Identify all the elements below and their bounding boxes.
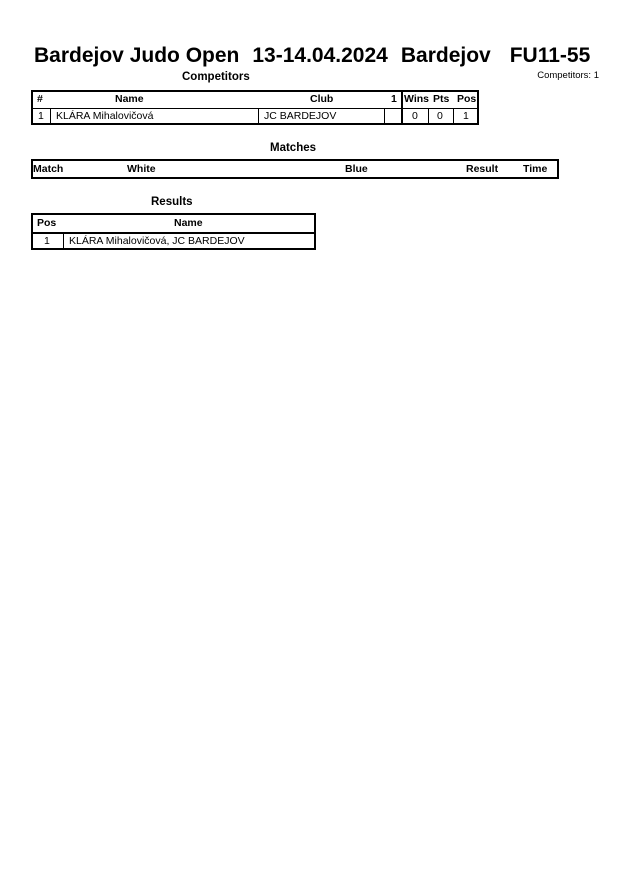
competitor-round-1 — [384, 109, 402, 123]
competitor-wins: 0 — [412, 109, 418, 123]
table-row: 1 KLÁRA Mihalovičová, JC BARDEJOV — [33, 234, 314, 248]
competitor-club: JC BARDEJOV — [264, 109, 336, 123]
matches-table: Match White Blue Result Time — [31, 159, 559, 179]
col-round-1: 1 — [391, 92, 397, 108]
col-club: Club — [310, 92, 333, 108]
matches-section-title: Matches — [270, 141, 316, 155]
col-blue: Blue — [345, 161, 368, 177]
competitors-table: # Name Club 1 Wins Pts Pos 1 KLÁRA Mihal… — [31, 90, 479, 125]
competitors-section-title: Competitors — [182, 70, 250, 84]
event-date: 13-14.04.2024 — [252, 43, 387, 69]
result-pos: 1 — [44, 234, 50, 248]
competitors-count: Competitors: 1 — [537, 70, 599, 81]
competitor-pos: 1 — [463, 109, 469, 123]
col-pts: Pts — [433, 92, 449, 108]
page-title: Bardejov Judo Open13-14.04.2024BardejovF… — [34, 43, 590, 69]
result-name: KLÁRA Mihalovičová, JC BARDEJOV — [69, 234, 245, 248]
col-pos: Pos — [37, 215, 56, 232]
competitor-name: KLÁRA Mihalovičová — [56, 109, 153, 123]
col-name: Name — [115, 92, 144, 108]
results-table-header: Pos Name — [33, 215, 314, 234]
col-match: Match — [33, 161, 63, 177]
col-result: Result — [466, 161, 498, 177]
col-time: Time — [523, 161, 547, 177]
col-wins: Wins — [404, 92, 429, 108]
col-num: # — [37, 92, 43, 108]
col-white: White — [127, 161, 156, 177]
category-label: FU11-55 — [510, 43, 591, 69]
table-row: 1 KLÁRA Mihalovičová JC BARDEJOV 0 0 1 — [33, 109, 477, 123]
competitor-pts: 0 — [437, 109, 443, 123]
event-name: Bardejov Judo Open — [34, 43, 239, 69]
col-name: Name — [174, 215, 203, 232]
results-table: Pos Name 1 KLÁRA Mihalovičová, JC BARDEJ… — [31, 213, 316, 250]
competitors-table-header: # Name Club 1 Wins Pts Pos — [33, 92, 477, 109]
competitor-num: 1 — [38, 109, 44, 123]
results-section-title: Results — [151, 195, 193, 209]
col-pos: Pos — [457, 92, 476, 108]
event-place: Bardejov — [401, 43, 491, 69]
